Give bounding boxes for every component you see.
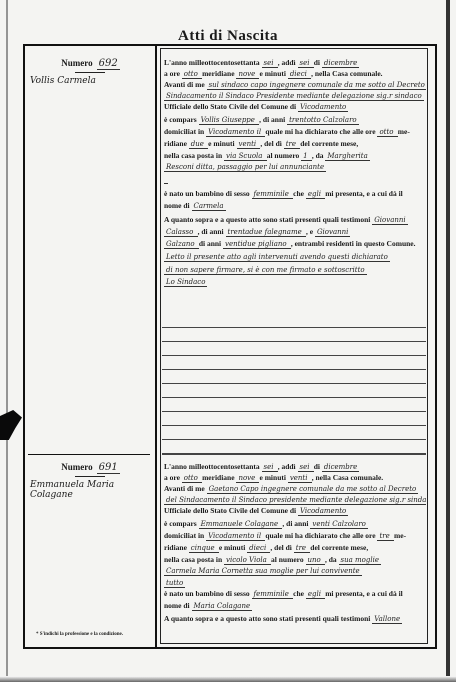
blank-ruled-line: [162, 327, 426, 328]
printed-text: è compars: [164, 519, 199, 528]
handwritten-entry: ventidue pigliano: [223, 240, 291, 249]
handwritten-entry: cinque: [189, 544, 219, 553]
record-line: ridiane cinque e minuti dieci , del dì t…: [164, 543, 426, 553]
record-line: Galzano di anni ventidue pigliano , entr…: [164, 239, 426, 249]
printed-text: ridiane: [164, 139, 189, 148]
handwritten-entry: Margherita: [325, 152, 369, 161]
printed-text: L'anno milleottocentosettanta: [164, 462, 262, 471]
printed-text: è nato un bambino di sesso: [164, 189, 252, 198]
handwritten-entry: Maria Colagane: [192, 602, 253, 611]
printed-text: meridiane: [202, 473, 236, 482]
record-line: Resconi ditta, passaggio per lui annunci…: [164, 162, 426, 172]
printed-text: me-: [398, 127, 410, 136]
numero-label-text: Numero: [61, 462, 92, 472]
record-line: A quanto sopra e a questo atto sono stat…: [164, 614, 426, 624]
ink-blot: [0, 410, 22, 440]
handwritten-entry: nove: [236, 70, 259, 79]
printed-text: , nella Casa comunale.: [312, 473, 383, 482]
handwritten-entry: venti: [237, 140, 261, 149]
printed-text: che: [293, 189, 306, 198]
printed-text: e minuti: [208, 139, 236, 148]
handwritten-entry: Vicodamento il: [206, 532, 265, 541]
handwritten-entry: Giovanni: [372, 216, 407, 225]
footnote: * S'indichi la professione e la condizio…: [36, 632, 123, 637]
handwritten-entry: via Scuola: [224, 152, 267, 161]
numero-label: Numero691: [28, 462, 153, 473]
record-line: [164, 174, 426, 184]
handwritten-entry: Carmela: [192, 202, 226, 211]
printed-text: ridiane: [164, 543, 189, 552]
printed-text: , di anni: [198, 227, 226, 236]
printed-text: Avanti di me: [164, 80, 207, 89]
handwritten-entry: Giovanni: [315, 228, 350, 237]
handwritten-entry: venti Calzolaro: [310, 520, 368, 529]
printed-text: , di anni: [259, 115, 287, 124]
printed-text: al numero: [267, 151, 301, 160]
printed-text: , entrambi residenti in questo Comune.: [291, 239, 416, 248]
record-line: ridiane due e minuti venti , del dì tre …: [164, 139, 426, 149]
blank-ruled-line: [162, 453, 426, 454]
printed-text: meridiane: [202, 69, 236, 78]
record-line: domiciliat in Vicodamento il quale mi ha…: [164, 531, 426, 541]
record-line: A quanto sopra e a questo atto sono stat…: [164, 215, 426, 225]
printed-text: , del dì: [270, 543, 293, 552]
handwritten-entry: egli: [306, 590, 325, 599]
record-line: Ufficiale dello Stato Civile del Comune …: [164, 102, 426, 112]
printed-text: , del dì: [260, 139, 283, 148]
flourish: [75, 476, 105, 477]
page-title: Atti di Nascita: [0, 28, 456, 45]
printed-text: quale mi ha dichiarato che alle ore: [265, 127, 377, 136]
printed-text: nella casa posta in: [164, 151, 224, 160]
handwritten-entry: tre: [284, 140, 301, 149]
record-line: Avanti di me Gaetano Capo ingegnere comu…: [164, 484, 426, 494]
printed-text: e minuti: [259, 69, 287, 78]
handwritten-entry: Emmanuele Colagane: [199, 520, 283, 529]
handwritten-entry: [164, 175, 168, 184]
record-line: Calasso , di anni trentadue falegname , …: [164, 227, 426, 237]
printed-text: A quanto sopra e a questo atto sono stat…: [164, 614, 372, 623]
printed-text: L'anno milleottocentosettanta: [164, 58, 262, 67]
blank-ruled-line: [162, 425, 426, 426]
printed-text: è compars: [164, 115, 199, 124]
page-bottom-shadow: [0, 676, 456, 682]
handwritten-entry: nove: [236, 474, 259, 483]
handwritten-entry: Carmela Maria Cornetta sua moglie per lu…: [164, 567, 362, 576]
record-line: Letto il presente atto agli intervenuti …: [164, 252, 426, 262]
printed-text: A quanto sopra e a questo atto sono stat…: [164, 215, 372, 224]
record-line: nome di Maria Colagane: [164, 601, 426, 611]
printed-text: che: [293, 589, 306, 598]
printed-text: a ore: [164, 473, 182, 482]
printed-text: mi presenta, e a cui dà il: [325, 189, 403, 198]
record-line: nome di Carmela: [164, 201, 426, 211]
blank-ruled-line: [162, 355, 426, 356]
handwritten-entry: vicolo Viola: [224, 556, 271, 565]
record-line: è compars Emmanuele Colagane , di anni v…: [164, 519, 426, 529]
printed-text: , da: [312, 151, 326, 160]
printed-text: quale mi ha dichiarato che alle ore: [265, 531, 377, 540]
printed-text: e minuti: [259, 473, 287, 482]
blank-ruled-line: [162, 411, 426, 412]
handwritten-entry: femminile: [252, 190, 294, 199]
handwritten-entry: dicembre: [322, 59, 359, 68]
printed-text: di: [314, 58, 322, 67]
numero-label: Numero692: [28, 58, 153, 69]
record-line: a ore otto meridiane nove e minuti dieci…: [164, 69, 426, 79]
handwritten-entry: dieci: [247, 544, 270, 553]
handwritten-entry: tutto: [164, 579, 185, 588]
blank-ruled-line: [162, 369, 426, 370]
record-line: a ore otto meridiane nove e minuti venti…: [164, 473, 426, 483]
child-name: Emmanuela Maria Colagane: [30, 480, 150, 500]
printed-text: Ufficiale dello Stato Civile del Comune …: [164, 102, 298, 111]
printed-text: a ore: [164, 69, 182, 78]
handwritten-entry: femminile: [252, 590, 294, 599]
handwritten-entry: sei: [298, 59, 314, 68]
printed-text: , di anni: [282, 519, 310, 528]
flourish: [75, 72, 105, 73]
handwritten-entry: dicembre: [322, 463, 359, 472]
printed-text: domiciliat in: [164, 127, 206, 136]
handwritten-entry: Calasso: [164, 228, 198, 237]
printed-text: mi presenta, e a cui dà il: [325, 589, 403, 598]
blank-ruled-line: [162, 397, 426, 398]
handwritten-entry: trentotto Calzolaro: [287, 116, 359, 125]
printed-text: , addì: [278, 462, 298, 471]
record-line: Avanti di me sul sindaco capo ingegnere …: [164, 80, 426, 90]
record-line: nella casa posta in vicolo Viola al nume…: [164, 555, 426, 565]
record-line: di non sapere firmare, si è con me firma…: [164, 265, 426, 275]
printed-text: Avanti di me: [164, 484, 207, 493]
printed-text: me-: [394, 531, 406, 540]
record-line: Lo Sindaco: [164, 277, 426, 287]
record-separator: [162, 454, 426, 455]
handwritten-entry: Galzano: [164, 240, 199, 249]
printed-text: domiciliat in: [164, 531, 206, 540]
handwritten-entry: sua moglie: [339, 556, 381, 565]
printed-text: è nato un bambino di sesso: [164, 589, 252, 598]
printed-text: , da: [325, 555, 339, 564]
child-name: Vollis Carmela: [30, 76, 150, 86]
printed-text: di anni: [199, 239, 223, 248]
handwritten-entry: di non sapere firmare, si è con me firma…: [164, 266, 367, 275]
handwritten-entry: del Sindacamento il Sindaco presidente m…: [164, 496, 426, 505]
handwritten-entry: Vicodamento: [298, 103, 348, 112]
page-binding-edge: [446, 0, 450, 682]
handwritten-entry: uno: [306, 556, 325, 565]
blank-ruled-line: [162, 341, 426, 342]
record-line: L'anno milleottocentosettanta sei , addì…: [164, 58, 426, 68]
handwritten-entry: sei: [262, 463, 278, 472]
handwritten-entry: otto: [377, 128, 397, 137]
handwritten-entry: venti: [288, 474, 312, 483]
printed-text: nome di: [164, 201, 192, 210]
handwritten-entry: Vicodamento: [298, 507, 348, 516]
printed-text: Ufficiale dello Stato Civile del Comune …: [164, 506, 298, 515]
record-line: nella casa posta in via Scuola al numero…: [164, 151, 426, 161]
record-line: domiciliat in Vicodamento il quale mi ha…: [164, 127, 426, 137]
handwritten-entry: otto: [182, 70, 202, 79]
numero-value: 691: [97, 462, 120, 474]
handwritten-entry: Resconi ditta, passaggio per lui annunci…: [164, 163, 326, 172]
printed-text: del corrente mese,: [300, 139, 358, 148]
handwritten-entry: dieci: [288, 70, 311, 79]
record-line: Sindacamento il Sindaco Presidente media…: [164, 91, 426, 101]
printed-text: di: [314, 462, 322, 471]
printed-text: , e: [306, 227, 315, 236]
handwritten-entry: egli: [306, 190, 325, 199]
handwritten-entry: Vollis Giuseppe: [199, 116, 260, 125]
page-edge: [6, 0, 8, 682]
handwritten-entry: Lo Sindaco: [164, 278, 207, 287]
printed-text: , addì: [278, 58, 298, 67]
record-line: tutto: [164, 578, 426, 588]
record-line: è nato un bambino di sesso femminile che…: [164, 189, 426, 199]
record-line: del Sindacamento il Sindaco presidente m…: [164, 495, 426, 505]
handwritten-entry: tre: [294, 544, 311, 553]
handwritten-entry: 1: [301, 152, 312, 161]
blank-ruled-line: [162, 439, 426, 440]
record-line: L'anno milleottocentosettanta sei , addì…: [164, 462, 426, 472]
printed-text: al numero: [271, 555, 305, 564]
record-line: Ufficiale dello Stato Civile del Comune …: [164, 506, 426, 516]
handwritten-entry: sei: [298, 463, 314, 472]
handwritten-entry: Sindacamento il Sindaco Presidente media…: [164, 92, 424, 101]
printed-text: del corrente mese,: [310, 543, 368, 552]
column-separator: [155, 44, 157, 649]
numero-value: 692: [97, 58, 120, 70]
record-line: Carmela Maria Cornetta sua moglie per lu…: [164, 566, 426, 576]
handwritten-entry: due: [189, 140, 208, 149]
printed-text: nella casa posta in: [164, 555, 224, 564]
handwritten-entry: tre: [377, 532, 394, 541]
record-line: è compars Vollis Giuseppe , di anni tren…: [164, 115, 426, 125]
handwritten-entry: Vicodamento il: [206, 128, 265, 137]
record-line: è nato un bambino di sesso femminile che…: [164, 589, 426, 599]
handwritten-entry: sul sindaco capo ingegnere comunale da m…: [207, 81, 426, 90]
numero-label-text: Numero: [61, 58, 92, 68]
printed-text: nome di: [164, 601, 192, 610]
printed-text: , nella Casa comunale.: [311, 69, 382, 78]
handwritten-entry: Vallone: [372, 615, 402, 624]
handwritten-entry: Gaetano Capo ingegnere comunale da me so…: [207, 485, 419, 494]
printed-text: e minuti: [219, 543, 247, 552]
handwritten-entry: Letto il presente atto agli intervenuti …: [164, 253, 390, 262]
blank-ruled-line: [162, 383, 426, 384]
handwritten-entry: sei: [262, 59, 278, 68]
handwritten-entry: otto: [182, 474, 202, 483]
record-separator: [28, 454, 150, 455]
handwritten-entry: trentadue falegname: [226, 228, 306, 237]
